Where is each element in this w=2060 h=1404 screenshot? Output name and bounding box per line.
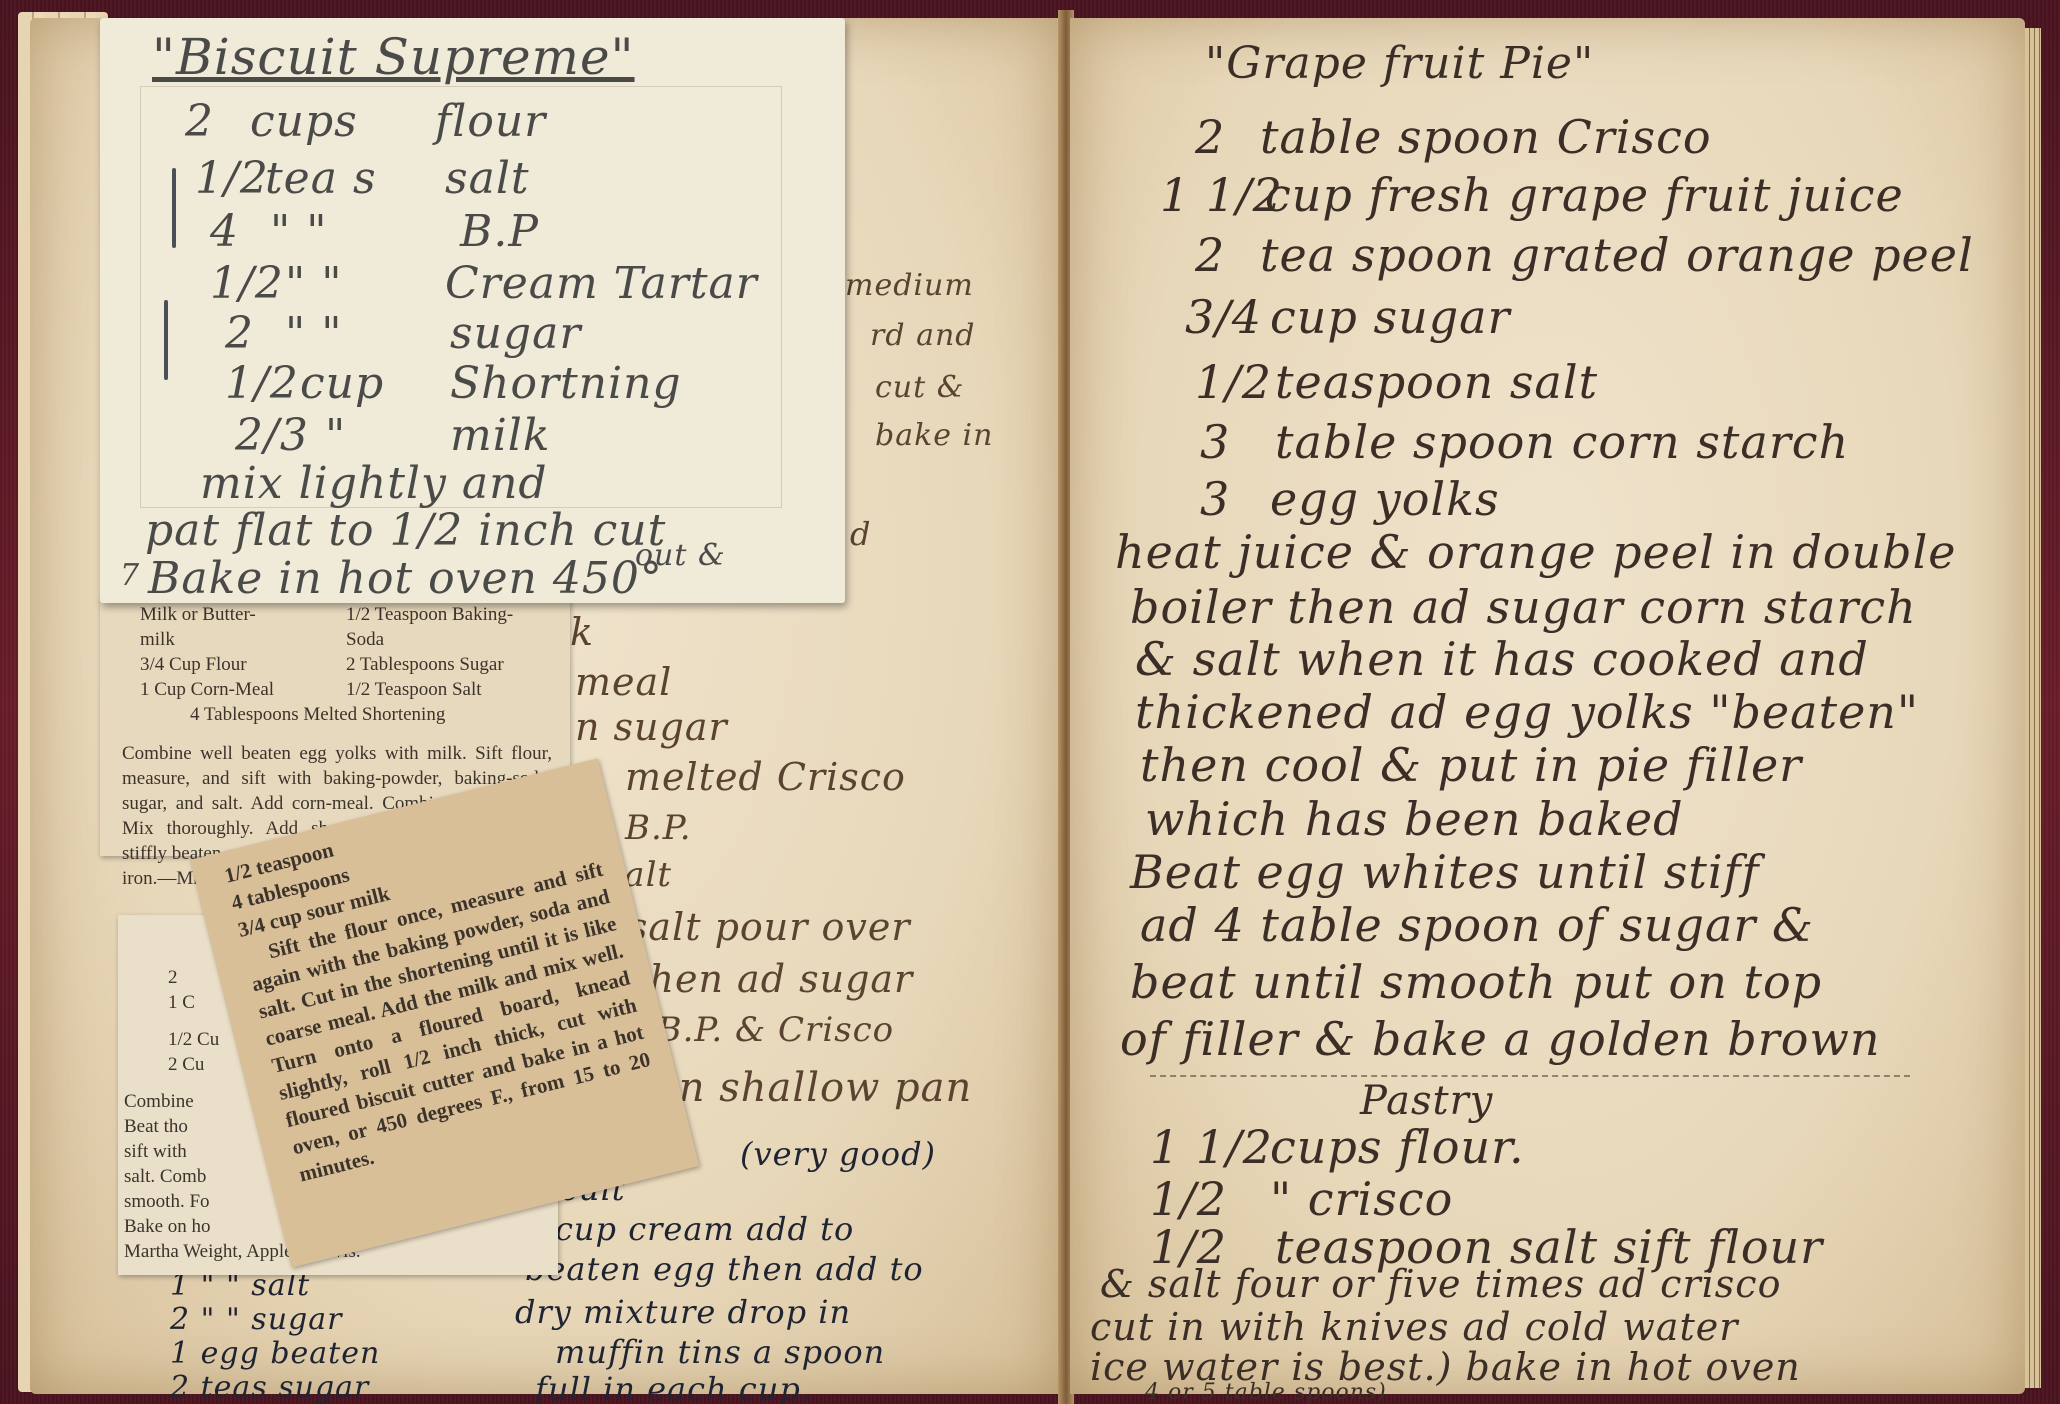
fragment-line: n sugar [575, 705, 728, 749]
ingredient-line: 2 Tablespoons Sugar [346, 652, 552, 677]
page-edges-right [2025, 28, 2041, 1388]
ingredient-text: cup fresh grape fruit juice [1265, 168, 1904, 222]
fragment-line: cup cream add to [555, 1210, 854, 1248]
pin-icon [164, 300, 168, 380]
fragment-line: 1 egg beaten [170, 1336, 380, 1371]
instruction-line: Beat egg whites until stiff [1130, 845, 1760, 899]
ingredient-qty: 2 [225, 308, 254, 359]
card-instruction: pat flat to 1/2 inch cut [145, 505, 666, 556]
fragment-line: B.P. [625, 808, 692, 848]
ingredient-line: 3/4 Cup Flour [140, 652, 346, 677]
margin-mark: 7 [120, 558, 140, 593]
ingredient-item: sugar [450, 308, 581, 359]
ingredient-unit: " " [270, 206, 327, 257]
instruction-line: thickened ad egg yolks "beaten" [1135, 685, 1919, 739]
ingredient-item: flour [435, 96, 546, 147]
fragment-line: cut & [875, 370, 964, 405]
ingredient-qty: 2 [1195, 228, 1225, 282]
ingredient-qty: 1/2 [225, 358, 299, 409]
fragment-line: bake in [875, 418, 993, 453]
pin-icon [172, 168, 176, 248]
ingredient-qty: 3/4 [1185, 290, 1262, 344]
fragment-line: d [850, 515, 871, 553]
instruction-line: cut in with knives ad cold water [1090, 1305, 1738, 1349]
fragment-line: in shallow pan [665, 1065, 972, 1111]
fragment-line: melted Crisco [625, 755, 906, 799]
ingredient-line: Milk or Butter- [140, 602, 346, 627]
fragment-line: 2 " " sugar [170, 1302, 342, 1337]
ingredient-item: Shortning [450, 358, 682, 409]
ingredient-line: 4 Tablespoons Melted Shortening [100, 702, 570, 727]
card-instruction: mix lightly and [200, 458, 548, 509]
ingredient-unit: cup [300, 358, 384, 409]
fragment-line: beaten egg then add to [525, 1250, 924, 1288]
ingredient-qty: 1/2 [210, 258, 284, 309]
ingredient-text: table spoon Crisco [1260, 110, 1712, 164]
ingredient-unit: cups [250, 96, 358, 147]
ingredient-text: cups flour. [1270, 1120, 1525, 1174]
fragment-line: dry mixture drop in [515, 1293, 851, 1331]
instruction-line: 4 or 5 table spoons) [1145, 1380, 1387, 1404]
ingredient-qty: 2/3 [235, 410, 309, 461]
ingredient-text: cup sugar [1270, 290, 1511, 344]
ingredient-item: salt [445, 153, 530, 204]
instruction-line: beat until smooth put on top [1130, 955, 1822, 1009]
ingredient-qty: 1 1/2 [1150, 1120, 1273, 1174]
clipping-ingredients: Milk or Butter- milk 3/4 Cup Flour 1 Cup… [100, 598, 570, 702]
ingredient-qty: 2 [185, 96, 214, 147]
ingredient-line: 1 Cup Corn-Meal [140, 677, 346, 702]
ingredient-qty: 3 [1200, 472, 1230, 526]
instruction-line: of filler & bake a golden brown [1120, 1012, 1880, 1066]
ingredient-unit: " " [285, 258, 342, 309]
fragment-line: meal [575, 660, 672, 704]
instruction-line: boiler then ad sugar corn starch [1130, 580, 1917, 634]
ingredient-item: Cream Tartar [445, 258, 758, 309]
divider-line [1150, 1075, 1910, 1077]
card-instruction: Bake in hot oven 450° [148, 553, 663, 604]
ingredient-qty: 1/2 [195, 153, 269, 204]
pastry-title: Pastry [1360, 1078, 1493, 1124]
instruction-line: & salt when it has cooked and [1135, 632, 1869, 686]
ingredient-unit: " [325, 410, 346, 461]
ingredient-qty: 4 [210, 206, 239, 257]
fragment-line: medium [845, 268, 974, 303]
ingredient-line: Soda [346, 627, 552, 652]
instruction-line: ad 4 table spoon of sugar & [1140, 898, 1814, 952]
instruction-line: which has been baked [1145, 792, 1684, 846]
ingredient-text: tea spoon grated orange peel [1260, 228, 1974, 282]
ingredient-qty: 2 [1195, 110, 1225, 164]
instruction-line: heat juice & orange peel in double [1115, 525, 1957, 579]
ingredient-qty: 3 [1200, 415, 1230, 469]
instruction-line: & salt four or five times ad crisco [1100, 1262, 1781, 1306]
ingredient-item: B.P [460, 206, 539, 257]
fragment-line: muffin tins a spoon [555, 1333, 885, 1371]
card-title: "Biscuit Supreme" [152, 28, 635, 86]
ingredient-text: teaspoon salt [1275, 355, 1598, 409]
ingredient-text: table spoon corn starch [1275, 415, 1849, 469]
fragment-line: rd and [870, 318, 976, 353]
ingredient-line: milk [140, 627, 346, 652]
ingredient-text: " crisco [1270, 1172, 1453, 1226]
ingredient-qty: 1/2 [1150, 1172, 1227, 1226]
ingredient-line: 1/2 Teaspoon Salt [346, 677, 552, 702]
ingredient-qty: 1/2 [1195, 355, 1272, 409]
ingredient-item: milk [450, 410, 551, 461]
ingredient-unit: " " [285, 308, 342, 359]
very-good-note: (very good) [740, 1135, 936, 1173]
fragment-line: k [570, 610, 594, 654]
recipe-title: "Grape fruit Pie" [1205, 38, 1594, 89]
fragment-line: full in each cup. [535, 1370, 812, 1404]
fragment-line: 2 teas sugar [170, 1370, 369, 1404]
instruction-line: then cool & put in pie filler [1140, 738, 1802, 792]
ingredient-line: 1/2 Teaspoon Baking- [346, 602, 552, 627]
ingredient-unit: tea s [265, 153, 377, 204]
biscuit-supreme-card: "Biscuit Supreme" 2 cups flour 1/2 tea s… [100, 18, 845, 603]
ingredient-text: egg yolks [1270, 472, 1500, 526]
